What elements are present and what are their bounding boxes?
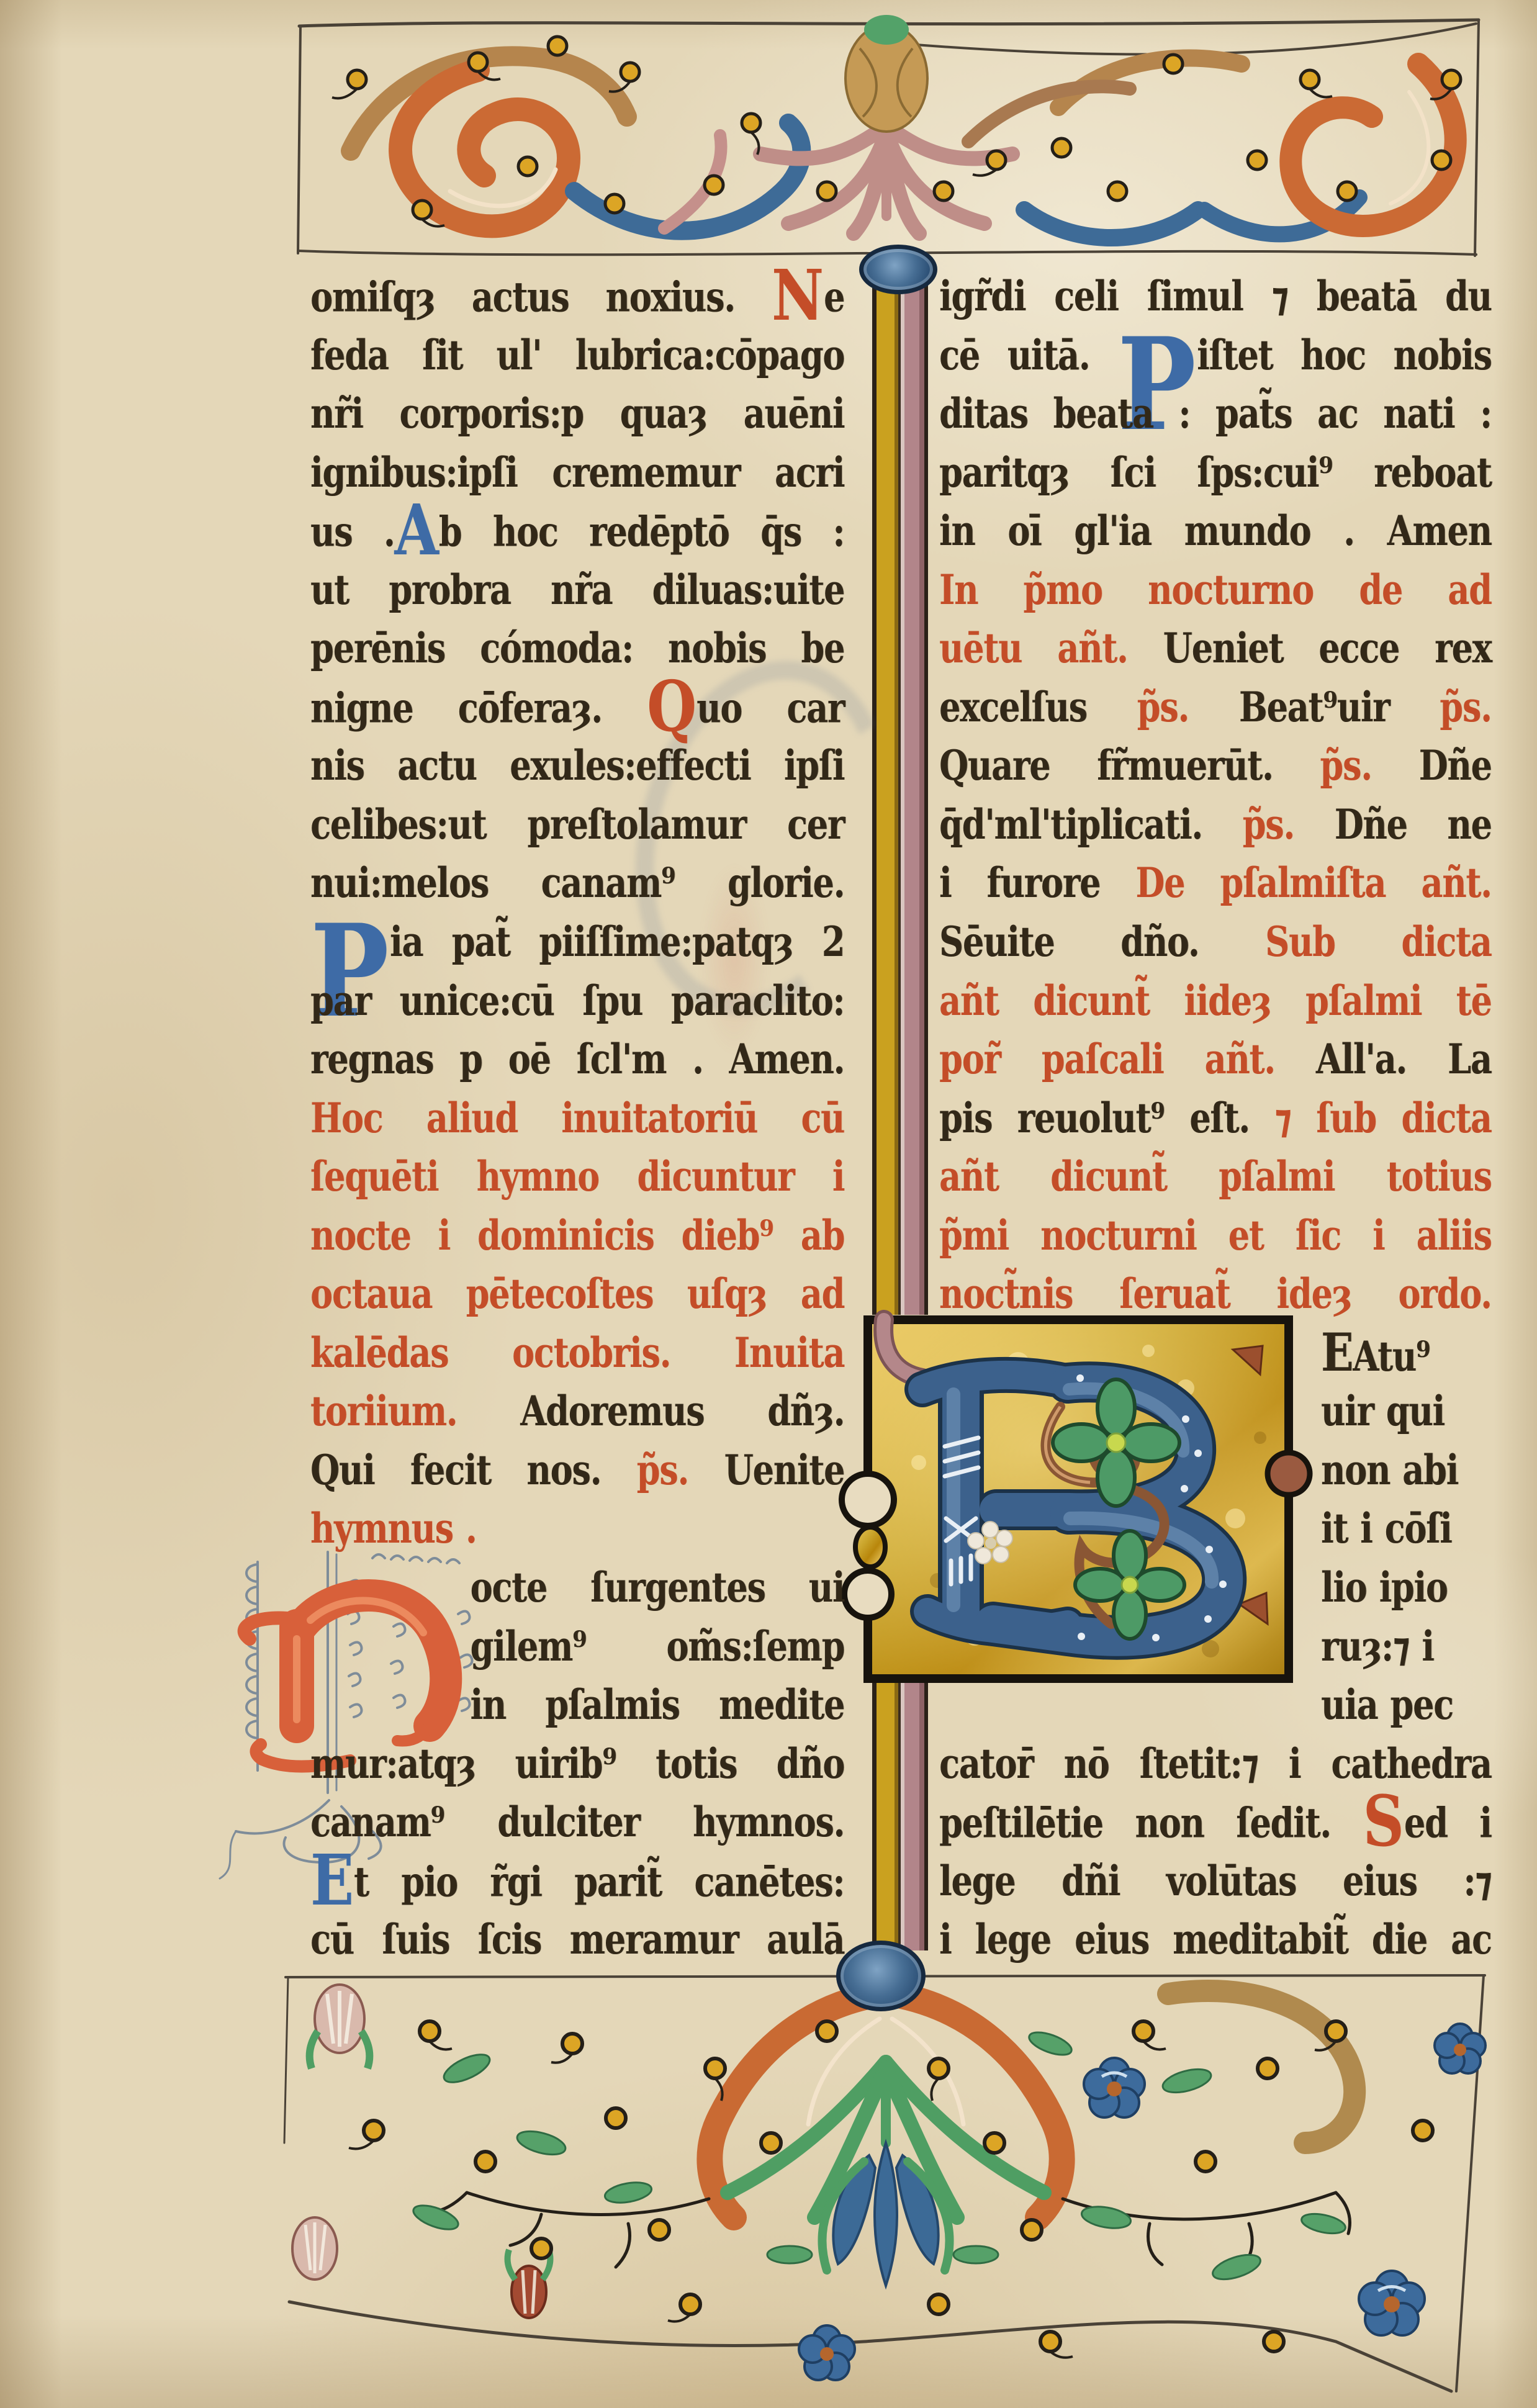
text-line: noct̃nis ſeruat̃ ideȝ ordo.	[939, 1265, 1492, 1323]
text-line: feda ſit ul' lubrica:cōpago	[310, 326, 844, 385]
text-line: uir qui	[1321, 1382, 1492, 1441]
text-segment: nr̃i corporis:p quaȝ auēni	[310, 389, 844, 438]
text-segment: In p̃mo nocturno de ad	[939, 566, 1492, 614]
text-line: cē uitā. Piſtet hoc nobis	[939, 326, 1492, 385]
text-line: octe ſurgentes ui	[470, 1558, 844, 1617]
text-segment: uir qui	[1321, 1387, 1445, 1435]
text-segment: p̃s.	[1137, 683, 1239, 731]
text-line: Sēuite dño. Sub dicta	[939, 913, 1492, 972]
text-line: i lege eius meditabit̃ die ac	[939, 1910, 1492, 1969]
text-segment: excelſus	[939, 683, 1137, 731]
text-segment: omiſqȝ actus noxius.	[310, 273, 772, 322]
text-segment: p̃s.	[1440, 683, 1491, 731]
text-line: peſtilētie non ſedit. Sed i	[939, 1793, 1492, 1852]
text-segment: par unice:cū ſpu paraclito:	[310, 976, 844, 1025]
manuscript-page: omiſqȝ actus noxius. Nefeda ſit ul' lubr…	[0, 0, 1537, 2408]
text-line: us .Ab hoc redēptō q̄s :	[310, 502, 844, 561]
text-segment: por̃ paſcali añt.	[939, 1035, 1316, 1083]
text-segment: ia pat̃ piiſſime:patqȝ 2	[390, 918, 844, 966]
text-segment: Sub dicta	[1265, 918, 1492, 966]
text-segment: q̄d'ml'tiplicati.	[939, 800, 1243, 849]
text-segment: ed i	[1404, 1799, 1492, 1847]
text-line: mur:atqȝ uirib⁹ totis dño	[310, 1734, 844, 1793]
text-line: Et pio r̃gi parit̃ canētes:	[310, 1852, 844, 1911]
text-segment: canam⁹ dulciter hymnos.	[310, 1798, 844, 1846]
text-segment: noct̃nis ſeruat̃ ideȝ ordo.	[939, 1269, 1492, 1318]
text-line: añt dicunt̃ iideȝ pſalmi tē	[939, 972, 1492, 1030]
text-segment: mur:atqȝ uirib⁹ totis dño	[310, 1739, 844, 1788]
text-line: in pſalmis medite	[470, 1675, 844, 1734]
text-line: por̃ paſcali añt. All'a. La	[939, 1030, 1492, 1089]
text-line: kalēdas octobris. Inuita	[310, 1323, 844, 1382]
text-segment: nocte i dominicis dieb⁹ ab	[310, 1211, 844, 1260]
text-line: igr̃di celi ſimul ⁊ beatā du	[939, 267, 1492, 326]
text-line: ruȝ:⁊ i	[1321, 1617, 1492, 1676]
text-line: excelſus p̃s. Beat⁹uir p̃s.	[939, 678, 1492, 737]
text-line: ut probra nr̃a diluas:uite	[310, 561, 844, 620]
text-line: non abi	[1321, 1441, 1492, 1500]
text-segment: p̃s.	[1320, 741, 1418, 790]
text-line: cū ſuis ſcis meramur aulā	[310, 1910, 844, 1969]
text-segment: lio ipio	[1321, 1563, 1448, 1612]
text-segment: uētu añt.	[939, 624, 1163, 672]
text-segment: it i cōſi	[1321, 1504, 1452, 1553]
text-segment: toriium.	[310, 1387, 520, 1435]
text-segment: Dñe	[1419, 741, 1492, 790]
text-segment: e	[824, 273, 844, 322]
text-line: nis actu exules:effecti ipſi	[310, 736, 844, 795]
text-line: i furore De pſalmiſta añt.	[939, 854, 1492, 913]
text-segment: añt dicunt̃ iideȝ pſalmi tē	[939, 976, 1492, 1025]
text-line: lege dñi volūtas eius :⁊	[939, 1852, 1492, 1911]
text-segment: ruȝ:⁊ i	[1321, 1622, 1434, 1671]
text-segment: celibes:ut preſtolamur cer	[310, 800, 844, 849]
text-segment: cē uitā.	[939, 331, 1117, 379]
text-segment: octaua pētecoſtes uſqȝ ad	[310, 1269, 844, 1318]
text-segment: non abi	[1321, 1446, 1458, 1494]
text-segment: p̃s.	[1243, 800, 1335, 849]
text-segment: ditas beata : pat̃s ac nati :	[939, 389, 1492, 438]
text-segment: Ueniet ecce rex	[1163, 624, 1492, 672]
text-line: regnas p oē ſcl'm . Amen.	[310, 1030, 844, 1089]
text-line: nui:melos canam⁹ glorie.	[310, 854, 844, 913]
text-line: Qui fecit nos. p̃s. Uenite	[310, 1441, 844, 1500]
text-line: it i cōſi	[1321, 1499, 1492, 1558]
text-line: omiſqȝ actus noxius. Ne	[310, 267, 844, 326]
lombardic-initial: Q	[647, 666, 696, 747]
text-line: Hoc aliud inuitatoriū cū	[310, 1089, 844, 1148]
text-line: pis reuolut⁹ eſt. ⁊ ſub dicta	[939, 1089, 1492, 1148]
text-line: Quare fr̃muerūt. p̃s. Dñe	[939, 736, 1492, 795]
text-segment: añt dicunt̃ pſalmi totius	[939, 1152, 1492, 1201]
text-column-right: igr̃di celi ſimul ⁊ beatā ducē uitā. Piſ…	[939, 267, 1492, 1969]
text-segment: in pſalmis medite	[470, 1680, 844, 1729]
text-segment: nigne cōferaȝ.	[310, 683, 647, 732]
text-line: añt dicunt̃ pſalmi totius	[939, 1147, 1492, 1206]
text-segment: p̃mi nocturni et ſic i aliis	[939, 1211, 1492, 1260]
text-line: paritqȝ ſci ſps:cui⁹ reboat	[939, 443, 1492, 502]
text-line: hymnus .	[310, 1499, 844, 1558]
lombardic-initial: N	[772, 255, 824, 336]
text-segment: Dñe ne	[1335, 800, 1492, 849]
text-segment: igr̃di celi ſimul ⁊ beatā du	[939, 272, 1492, 320]
text-segment: nis actu exules:effecti ipſi	[310, 741, 844, 790]
text-segment: feda ſit ul' lubrica:cōpago	[310, 331, 844, 379]
text-segment: us .	[310, 508, 394, 556]
text-line: p̃mi nocturni et ſic i aliis	[939, 1206, 1492, 1265]
text-line: canam⁹ dulciter hymnos.	[310, 1793, 844, 1852]
text-line: In p̃mo nocturno de ad	[939, 561, 1492, 620]
text-line: toriium. Adoremus dñȝ.	[310, 1382, 844, 1441]
text-segment: t pio r̃gi parit̃ canētes:	[354, 1857, 844, 1906]
text-line: celibes:ut preſtolamur cer	[310, 795, 844, 854]
text-segment: peſtilētie non ſedit.	[939, 1799, 1363, 1847]
text-segment: E	[1321, 1322, 1353, 1383]
top-floral-border	[292, 5, 1487, 266]
text-segment: ⁊ ſub dicta	[1274, 1094, 1491, 1142]
text-segment: Beat⁹uir	[1239, 683, 1440, 731]
text-segment: Sēuite dño.	[939, 918, 1265, 966]
text-segment: hymnus .	[310, 1504, 477, 1553]
text-line: Pia pat̃ piiſſime:patqȝ 2	[310, 913, 844, 972]
bottom-floral-border	[281, 1957, 1491, 2404]
text-segment: p̃s.	[637, 1446, 724, 1494]
text-segment: kalēdas octobris. Inuita	[310, 1328, 844, 1377]
text-line: gilem⁹ om̃s:ſemp	[470, 1617, 844, 1676]
text-line: perēnis cómoda: nobis be	[310, 619, 844, 678]
text-segment: ignibus:ipſi crememur acri	[310, 448, 844, 497]
text-segment: uia pec	[1321, 1680, 1453, 1729]
lombardic-initial: E	[310, 1840, 354, 1921]
text-segment: ſequēti hymno dicuntur i	[310, 1152, 844, 1201]
text-line: q̄d'ml'tiplicati. p̃s. Dñe ne	[939, 795, 1492, 854]
text-line: par unice:cū ſpu paraclito:	[310, 972, 844, 1030]
text-segment: Qui fecit nos.	[310, 1446, 637, 1494]
text-segment: uo car	[696, 683, 844, 732]
text-line: nocte i dominicis dieb⁹ ab	[310, 1206, 844, 1265]
text-segment: lege dñi volūtas eius :⁊	[939, 1857, 1492, 1905]
text-segment: Hoc aliud inuitatoriū cū	[310, 1094, 844, 1142]
text-line: EAtu⁹	[1321, 1323, 1492, 1382]
text-segment: paritqȝ ſci ſps:cui⁹ reboat	[939, 448, 1492, 497]
text-segment: cū ſuis ſcis meramur aulā	[310, 1915, 844, 1964]
text-line: ditas beata : pat̃s ac nati :	[939, 384, 1492, 443]
text-segment: i lege eius meditabit̃ die ac	[939, 1915, 1492, 1964]
text-segment: Atu⁹	[1353, 1332, 1430, 1381]
text-segment: Uenite	[724, 1446, 845, 1494]
text-segment: perēnis cómoda: nobis be	[310, 624, 844, 672]
text-line: lio ipio	[1321, 1558, 1492, 1617]
bar-finial-bottom	[836, 1941, 926, 2011]
text-column-left: omiſqȝ actus noxius. Nefeda ſit ul' lubr…	[310, 267, 844, 1969]
text-segment: gilem⁹ om̃s:ſemp	[470, 1622, 844, 1671]
text-line: in oī gl'ia mundo . Amen	[939, 502, 1492, 561]
column-divider-bar-lower	[872, 1680, 928, 1950]
text-line: uia pec	[1321, 1675, 1492, 1734]
text-line: nr̃i corporis:p quaȝ auēni	[310, 384, 844, 443]
text-segment: Adoremus dñȝ.	[520, 1387, 844, 1435]
text-segment: octe ſurgentes ui	[470, 1563, 844, 1612]
text-segment: i furore	[939, 859, 1100, 907]
text-segment: regnas p oē ſcl'm . Amen.	[310, 1035, 844, 1083]
text-segment: pis reuolut⁹ eſt.	[939, 1094, 1274, 1142]
text-segment: nui:melos canam⁹ glorie.	[310, 859, 844, 907]
text-line: octaua pētecoſtes uſqȝ ad	[310, 1265, 844, 1323]
bar-finial-top	[859, 245, 937, 294]
text-segment: b hoc redēptō q̄s :	[439, 508, 844, 556]
text-segment: ut probra nr̃a diluas:uite	[310, 566, 844, 614]
text-line: ſequēti hymno dicuntur i	[310, 1147, 844, 1206]
text-segment: De pſalmiſta añt.	[1100, 859, 1491, 907]
lombardic-initial: A	[394, 490, 438, 571]
lombardic-initial: S	[1363, 1781, 1404, 1862]
text-segment: in oī gl'ia mundo . Amen	[939, 507, 1492, 555]
text-segment: All'a. La	[1316, 1035, 1492, 1083]
text-line: uētu añt. Ueniet ecce rex	[939, 619, 1492, 678]
text-line: nigne cōferaȝ. Quo car	[310, 678, 844, 737]
text-segment: iſtet hoc nobis	[1197, 331, 1492, 379]
text-segment: Quare fr̃muerūt.	[939, 741, 1320, 790]
text-segment: cator̄ nō ſtetit:⁊ i cathedra	[939, 1739, 1492, 1788]
text-line: ignibus:ipſi crememur acri	[310, 443, 844, 502]
text-line: cator̄ nō ſtetit:⁊ i cathedra	[939, 1734, 1492, 1793]
